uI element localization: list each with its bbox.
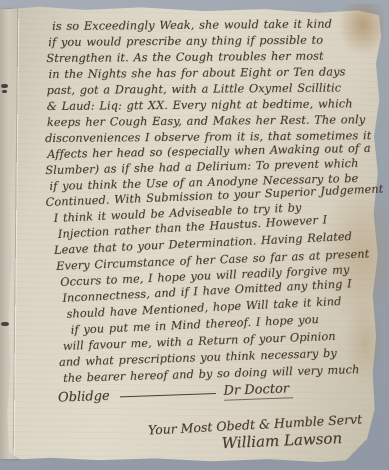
ink-mark <box>1 322 9 326</box>
letter-closing: Oblidge Dr Doctor Your Most Obedt & Humb… <box>44 390 368 446</box>
letter-photograph: is so Exceedingly Weak, she would take i… <box>0 0 389 470</box>
ink-mark <box>1 84 8 88</box>
closing-oblige: Oblidge <box>58 389 110 406</box>
ink-mark <box>2 90 7 93</box>
closing-salutation: Dr Doctor <box>223 381 293 400</box>
pen-flourish-line <box>120 393 216 397</box>
letter-body: is so Exceedingly Weak, she would take i… <box>44 16 371 387</box>
